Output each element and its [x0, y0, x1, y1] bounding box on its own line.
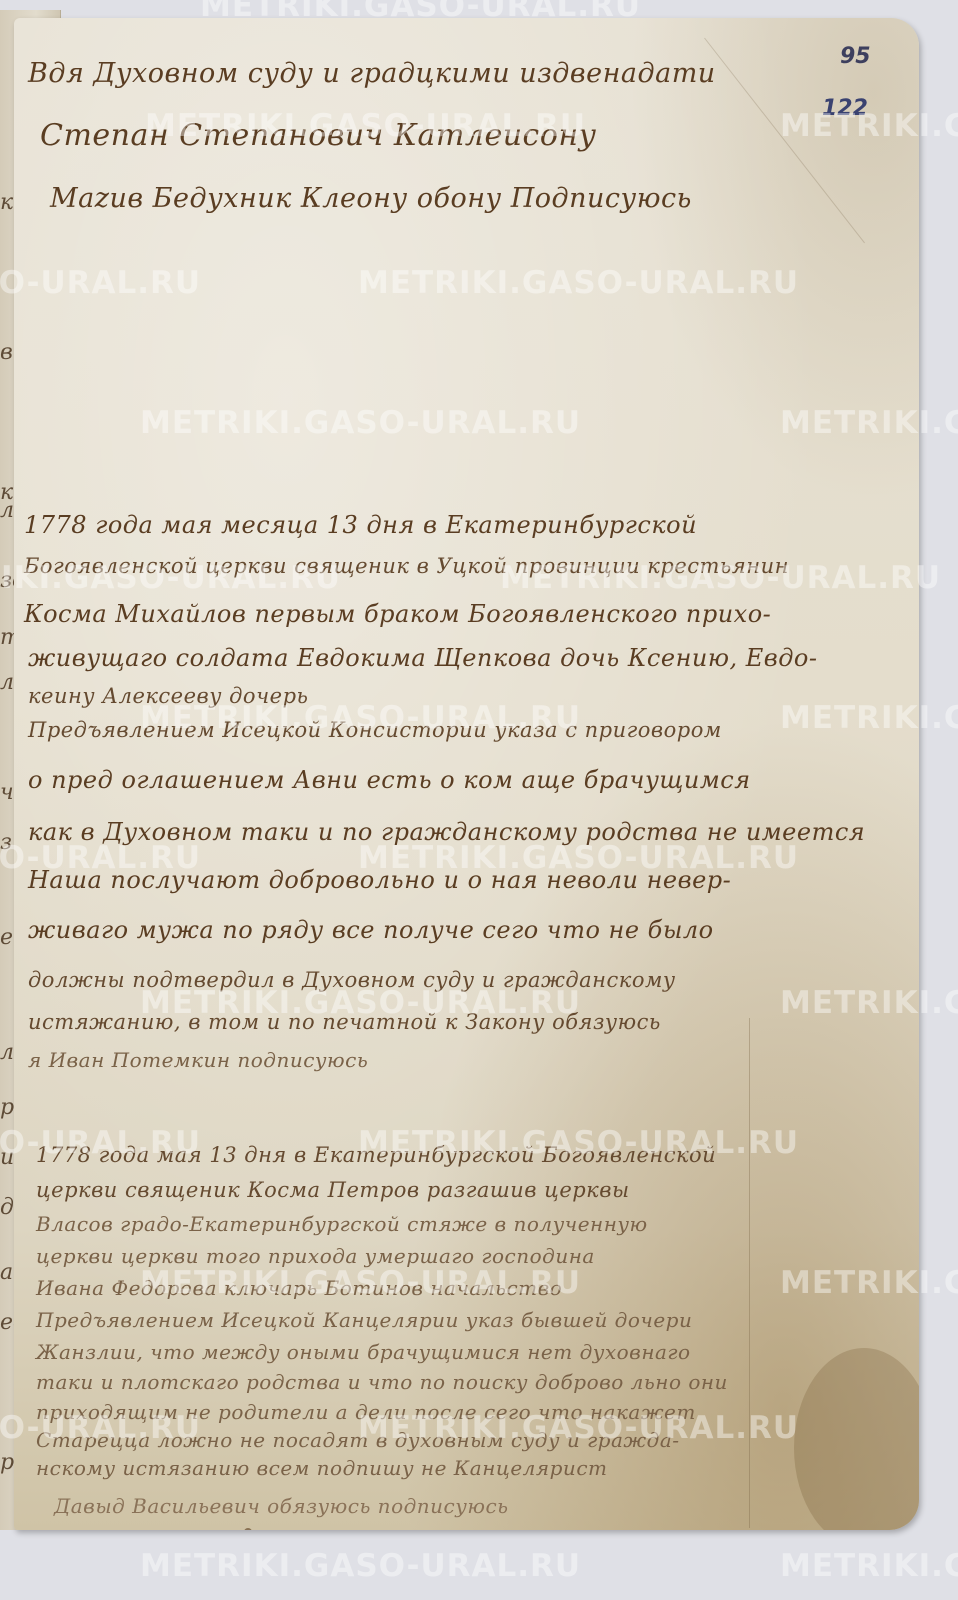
- entry-2-line: таки и плотскаго родства и что по поиску…: [36, 1370, 728, 1394]
- entry-1-signature: я Иван Потемкин подписуюсь: [28, 1048, 368, 1072]
- entry-2-line: приходящим не родители а дели после сего…: [36, 1400, 696, 1424]
- entry-2-line: нскому истязанию всем подпишу не Канцеля…: [36, 1456, 607, 1480]
- entry-2-line: Власов градо-Екатеринбургской стяже в по…: [36, 1212, 648, 1236]
- header-line: Степан Степанович Катлеисону: [40, 118, 597, 153]
- entry-1-line: Косма Михайлов первым браком Богоявленск…: [24, 600, 771, 628]
- entry-1-line: 1778 года мая месяца 13 дня в Екатеринбу…: [24, 511, 697, 539]
- entry-2-line: церкви церкви того прихода умершаго госп…: [36, 1244, 595, 1268]
- entry-1-line: истяжанию, в том и по печатной к Закону …: [28, 1010, 661, 1034]
- entry-1-line: Наша послучают добровольно и о ная невол…: [28, 866, 731, 894]
- header-line: Вдя Духовном суду и градцкими издвенадат…: [28, 58, 716, 89]
- entry-1-line: живущаго солдата Евдокима Щепкова дочь К…: [28, 644, 817, 672]
- watermark: METRIKI.GASO-URAL.RU: [780, 1548, 958, 1584]
- entry-1-line: как в Духовном таки и по гражданскому ро…: [28, 818, 865, 846]
- entry-2-line: Ивана Федорова ключарь Ботинов начальств…: [36, 1276, 562, 1300]
- entry-2-line: Предъявлением Исецкой Канцелярии указ бы…: [36, 1308, 692, 1332]
- margin-fragment: в: [0, 340, 13, 365]
- folio-number-secondary: 122: [822, 96, 868, 121]
- entry-2-signature: Давыд Васильевич обязуюсь подписуюсь: [54, 1494, 509, 1518]
- water-stain: [794, 1348, 919, 1530]
- entry-1-line: Богоявленской церкви священик в Уцкой пр…: [24, 554, 789, 578]
- ink-spot: [244, 1528, 252, 1530]
- folio-number: 95: [840, 44, 871, 69]
- entry-1-line: о пред оглашением Авни есть о ком аще бр…: [28, 766, 751, 794]
- entry-1-line: должны подтвердил в Духовном суду и граж…: [28, 968, 676, 992]
- watermark: METRIKI.GASO-URAL.RU: [140, 1548, 581, 1584]
- paper-crease: [749, 1018, 750, 1528]
- entry-2-line: Старецца ложно не посадят в духовным суд…: [36, 1428, 680, 1452]
- entry-1-line: кеину Алексееву дочерь: [28, 684, 308, 708]
- entry-2-line: церкви священик Косма Петров разгашив це…: [36, 1178, 630, 1202]
- entry-1-line: Предъявлением Исецкой Консистории указа …: [28, 718, 722, 742]
- margin-fragment: з: [0, 830, 12, 855]
- entry-2-line: 1778 года мая 13 дня в Екатеринбургской …: [36, 1143, 716, 1167]
- entry-1-line: живаго мужа по ряду все получе сего что …: [28, 916, 714, 944]
- entry-2-line: Жанзлии, что между оными брачущимися нет…: [36, 1340, 691, 1364]
- header-line: Маzив Бедухник Клеону обону Подписуюсь: [50, 183, 692, 214]
- manuscript-page: Вдя Духовном суду и градцкими издвенадат…: [14, 18, 919, 1530]
